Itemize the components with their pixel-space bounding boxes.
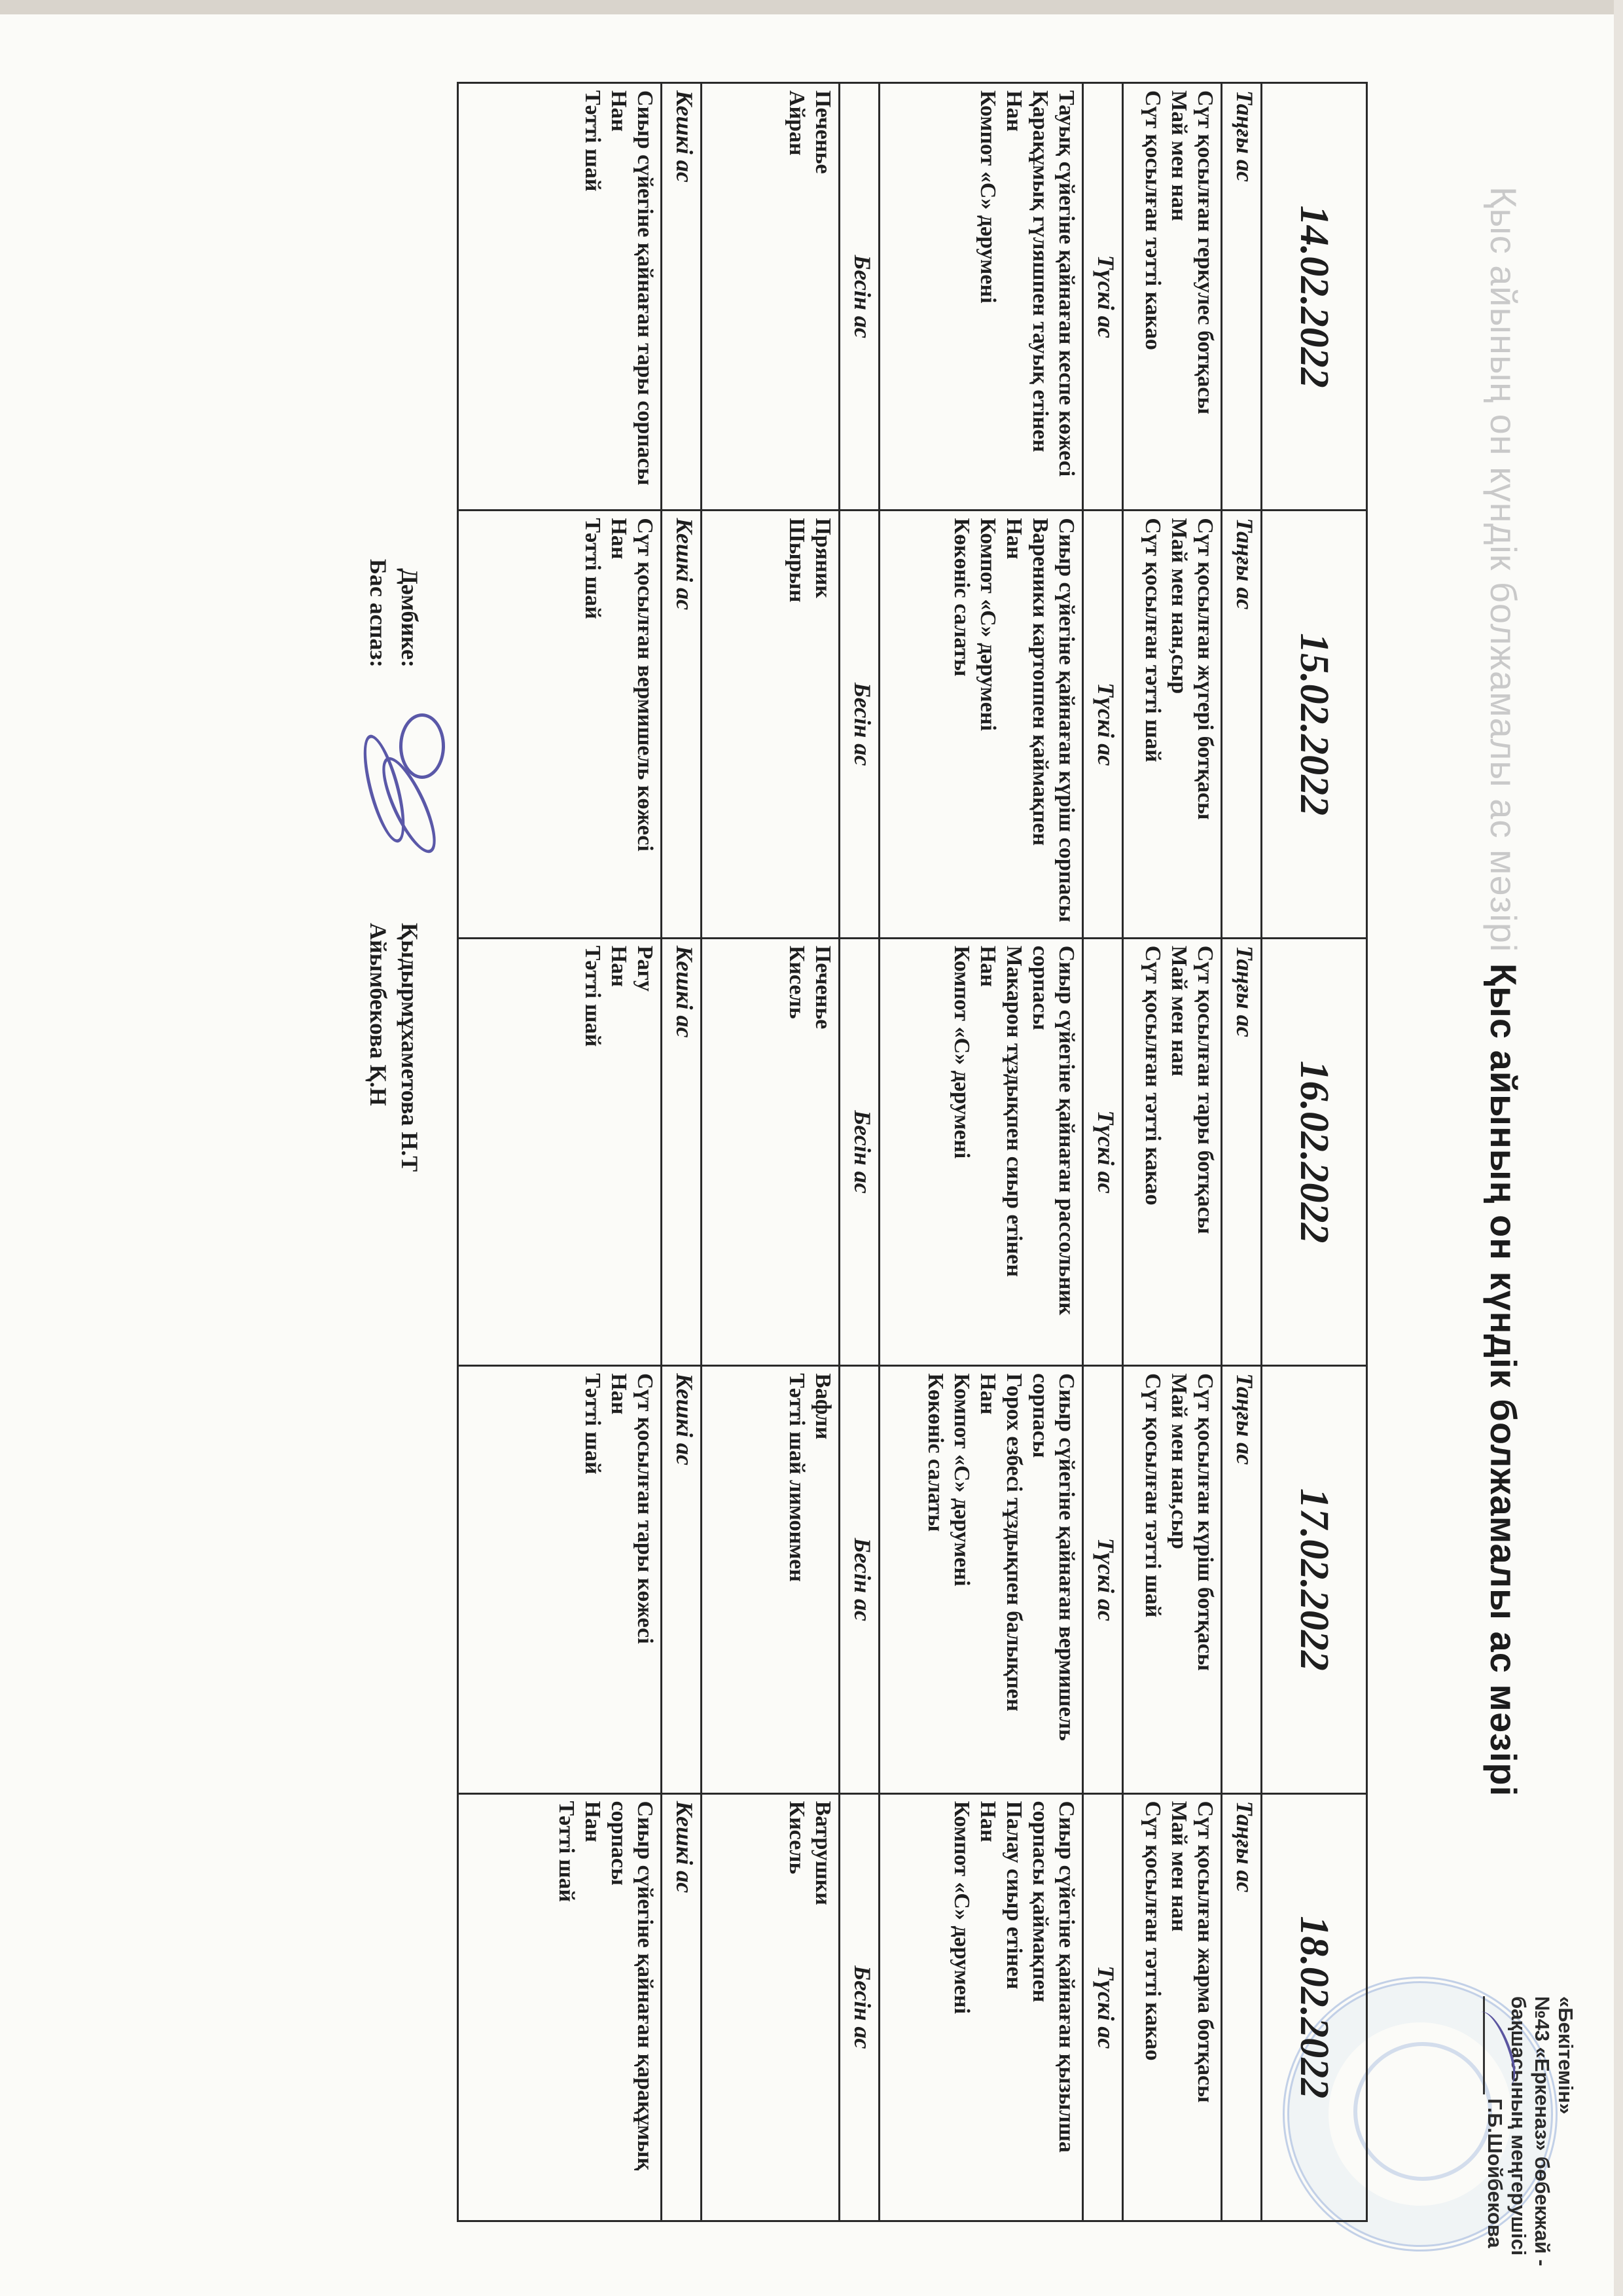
snack-items-row: ПеченьеАйран ПряникШырын ПеченьеКисель В… [702,83,840,2221]
meal-label-dinner: Кешкі ас [662,1793,702,2221]
menu-item: Палау сиыр етінен [1001,1801,1027,2214]
menu-cell: Сиыр сүйегіне қайнаған қызылша сорпасы қ… [880,1793,1083,2221]
menu-cell: Сүт қосылған күріш ботқасыМай мен нан,сы… [1123,1366,1222,1793]
menu-item: Сүт қосылған тәтті какао [1139,1801,1166,2214]
menu-item: Компот «С» дәрумені [948,1801,974,2214]
menu-item: Сиыр сүйегіне қайнаған қарақұмық сорпасы [605,1801,658,2214]
menu-item: Сүт қосылған тәтті какао [1139,946,1166,1358]
menu-item: Айран [783,90,810,503]
menu-item: Сиыр сүйегіне қайнаған вермишель сорпасы [1027,1373,1079,1785]
stamp-emblem-icon [1353,2042,1492,2181]
menu-cell: ВафлиТәтті шай лимонмен [702,1366,840,1793]
menu-item: Печенье [810,946,836,1358]
menu-item: Қарақұмық гүляшпен тауық етінен [1027,90,1053,503]
menu-item: Сүт қосылған күріш ботқасы [1192,1373,1218,1785]
meal-label-dinner: Кешкі ас [662,511,702,938]
meal-label-snack: Бесін ас [840,938,880,1365]
approval-line: №43 «Еркеназ» бөбекжай - [1530,1996,1554,2271]
menu-cell: Сүт қосылған геркулес ботқасыМай мен нан… [1123,83,1222,511]
menu-item: Кисель [783,946,810,1358]
approval-line: бақшасының меңгерушісі [1507,1996,1530,2271]
menu-item: Нан [605,946,632,1358]
meal-label-dinner: Кешкі ас [662,938,702,1365]
menu-item: Тәтті шай [579,1373,605,1785]
footer-row: Бас аспаз: Айымбекова Қ.Н [363,524,394,1172]
menu-item: Компот «С» дәрумені [948,946,974,1358]
snack-label-row: Бесін ас Бесін ас Бесін ас Бесін ас Бесі… [840,83,880,2221]
lunch-items-row: Тауық сүйегіне қайнаған кеспе көжесіҚара… [880,83,1083,2221]
menu-item: Компот «С» дәрумені [948,1373,974,1785]
menu-cell: Сүт қосылған тары көжесіНанТәтті шай [458,1366,662,1793]
title-text: Қыс айының он күндік болжамалы ас мәзірі [1483,963,1524,1797]
menu-item: Кисель [783,1801,810,2214]
menu-item: Нан [974,1801,1001,2214]
menu-item: Пряник [810,518,836,930]
menu-item: Май мен нан,сыр [1166,1373,1192,1785]
menu-item: Нан [974,1373,1001,1785]
menu-item: Сүт қосылған тәтті какао [1139,90,1166,503]
menu-cell: Тауық сүйегіне қайнаған кеспе көжесіҚара… [880,83,1083,511]
menu-item: Тәтті шай лимонмен [783,1373,810,1785]
breakfast-label-row: Таңғы ас Таңғы ас Таңғы ас Таңғы ас Таңғ… [1222,83,1262,2221]
approval-line: «Бекітемін» [1554,1996,1577,2271]
date-header-row: 14.02.2022 15.02.2022 16.02.2022 17.02.2… [1262,83,1367,2221]
menu-item: Сүт қосылған тәтті шай [1139,518,1166,930]
menu-item: Шырын [783,518,810,930]
menu-item: Рагу [632,946,658,1358]
meal-label-dinner: Кешкі ас [662,83,702,511]
menu-cell: Сиыр сүйегіне қайнаған күріш сорпасыВаре… [880,511,1083,938]
menu-cell: Сиыр сүйегіне қайнаған рассольник сорпас… [880,938,1083,1365]
meal-label-lunch: Түскі ас [1083,1366,1123,1793]
meal-label-breakfast: Таңғы ас [1222,83,1262,511]
lunch-label-row: Түскі ас Түскі ас Түскі ас Түскі ас Түск… [1083,83,1123,2221]
menu-item: Вафли [810,1373,836,1785]
menu-item: Май мен нан [1166,946,1192,1358]
menu-item: Сүт қосылған тары ботқасы [1192,946,1218,1358]
menu-item: Сүт қосылған тары көжесі [632,1373,658,1785]
meal-label-dinner: Кешкі ас [662,1366,702,1793]
menu-table: 14.02.2022 15.02.2022 16.02.2022 17.02.2… [457,82,1368,2222]
menu-item: Вареники картоппен қаймақпен [1027,518,1053,930]
meal-label-snack: Бесін ас [840,1366,880,1793]
menu-item: Нан [605,1373,632,1785]
menu-item: Сүт қосылған жарма ботқасы [1192,1801,1218,2214]
menu-item: Май мен нан [1166,1801,1192,2214]
meal-label-lunch: Түскі ас [1083,83,1123,511]
meal-label-breakfast: Таңғы ас [1222,1366,1262,1793]
menu-item: Көкөніс салаты [948,518,974,930]
menu-item: Сиыр сүйегіне қайнаған күріш сорпасы [1053,518,1079,930]
menu-cell: ВатрушкиКисель [702,1793,840,2221]
menu-item: Горох езбесі тұздықпен балықпен [1001,1373,1027,1785]
footer-role: Дәмбике: [394,524,425,674]
meal-label-lunch: Түскі ас [1083,1793,1123,2221]
menu-item: Макарон тұздықпен сиыр етінен [1001,946,1027,1358]
page-title: Қыс айының он күндік болжамалы ас мәзірі… [1482,59,1525,1924]
meal-label-snack: Бесін ас [840,83,880,511]
menu-item: Көкөніс салаты [922,1373,948,1785]
menu-item: Тәтті шай [553,1801,579,2214]
menu-item: Компот «С» дәрумені [974,518,1001,930]
meal-label-lunch: Түскі ас [1083,938,1123,1365]
menu-cell: РагуНанТәтті шай [458,938,662,1365]
menu-item: Компот «С» дәрумені [974,90,1001,503]
menu-item: Сүт қосылған вермишель көжесі [632,518,658,930]
menu-cell: ПеченьеКисель [702,938,840,1365]
dinner-label-row: Кешкі ас Кешкі ас Кешкі ас Кешкі ас Кешк… [662,83,702,2221]
menu-item: Ватрушки [810,1801,836,2214]
menu-cell: Сүт қосылған тары ботқасыМай мен нанСүт … [1123,938,1222,1365]
menu-cell: Сиыр сүйегіне қайнаған вермишель сорпасы… [880,1366,1083,1793]
footer-role: Бас аспаз: [363,524,394,674]
menu-cell: Сиыр сүйегіне қайнаған тары сорпасыНанТә… [458,83,662,511]
menu-item: Сиыр сүйегіне қайнаған тары сорпасы [632,90,658,503]
approval-signatory: Г.Б.Шойбекова [1483,2098,1507,2248]
approval-block: «Бекітемін» №43 «Еркеназ» бөбекжай - бақ… [1483,1996,1577,2271]
menu-item: Нан [1001,90,1027,503]
menu-cell: ПряникШырын [702,511,840,938]
menu-cell: Сүт қосылған жарма ботқасыМай мен нанСүт… [1123,1793,1222,2221]
menu-document: «Бекітемін» №43 «Еркеназ» бөбекжай - бақ… [0,0,1623,2296]
date-header: 16.02.2022 [1262,938,1367,1365]
breakfast-items-row: Сүт қосылған геркулес ботқасыМай мен нан… [1123,83,1222,2221]
menu-item: Сүт қосылған тәтті шай [1139,1373,1166,1785]
footer-row: Дәмбике: Қыдырмұхаметова Н.Т [394,524,425,1172]
menu-item: Нан [974,946,1001,1358]
signature-line [1483,1996,1503,2094]
meal-label-breakfast: Таңғы ас [1222,511,1262,938]
dinner-items-row: Сиыр сүйегіне қайнаған тары сорпасыНанТә… [458,83,662,2221]
menu-item: Тәтті шай [579,90,605,503]
menu-item: Нан [1001,518,1027,930]
menu-item: Май мен нан,сыр [1166,518,1192,930]
footer-person: Қыдырмұхаметова Н.Т [394,674,425,1172]
menu-item: Нан [605,90,632,503]
date-header: 18.02.2022 [1262,1793,1367,2221]
menu-item: Сиыр сүйегіне қайнаған қызылша сорпасы қ… [1027,1801,1079,2214]
menu-cell: ПеченьеАйран [702,83,840,511]
approval-signature-row: Г.Б.Шойбекова [1483,1996,1507,2271]
date-header: 17.02.2022 [1262,1366,1367,1793]
footer-signatures: Дәмбике: Қыдырмұхаметова Н.Т Бас аспаз: … [363,524,425,1172]
meal-label-snack: Бесін ас [840,1793,880,2221]
meal-label-snack: Бесін ас [840,511,880,938]
menu-item: Тәтті шай [579,518,605,930]
menu-cell: Сиыр сүйегіне қайнаған қарақұмық сорпасы… [458,1793,662,2221]
menu-item: Нан [579,1801,605,2214]
meal-label-breakfast: Таңғы ас [1222,1793,1262,2221]
menu-item: Сүт қосылған геркулес ботқасы [1192,90,1218,503]
faded-title-bleed: Қыс айының он күндік болжамалы ас мәзірі [1483,187,1524,952]
date-header: 15.02.2022 [1262,511,1367,938]
menu-item: Нан [605,518,632,930]
menu-item: Сиыр сүйегіне қайнаған рассольник сорпас… [1027,946,1079,1358]
menu-item: Май мен нан [1166,90,1192,503]
menu-item: Печенье [810,90,836,503]
menu-item: Тәтті шай [579,946,605,1358]
date-header: 14.02.2022 [1262,83,1367,511]
menu-cell: Сүт қосылған вермишель көжесіНанТәтті ша… [458,511,662,938]
menu-item: Тауық сүйегіне қайнаған кеспе көжесі [1053,90,1079,503]
meal-label-breakfast: Таңғы ас [1222,938,1262,1365]
menu-item: Сүт қосылған жүгері ботқасы [1192,518,1218,930]
menu-cell: Сүт қосылған жүгері ботқасыМай мен нан,с… [1123,511,1222,938]
meal-label-lunch: Түскі ас [1083,511,1123,938]
footer-person: Айымбекова Қ.Н [363,674,394,1106]
